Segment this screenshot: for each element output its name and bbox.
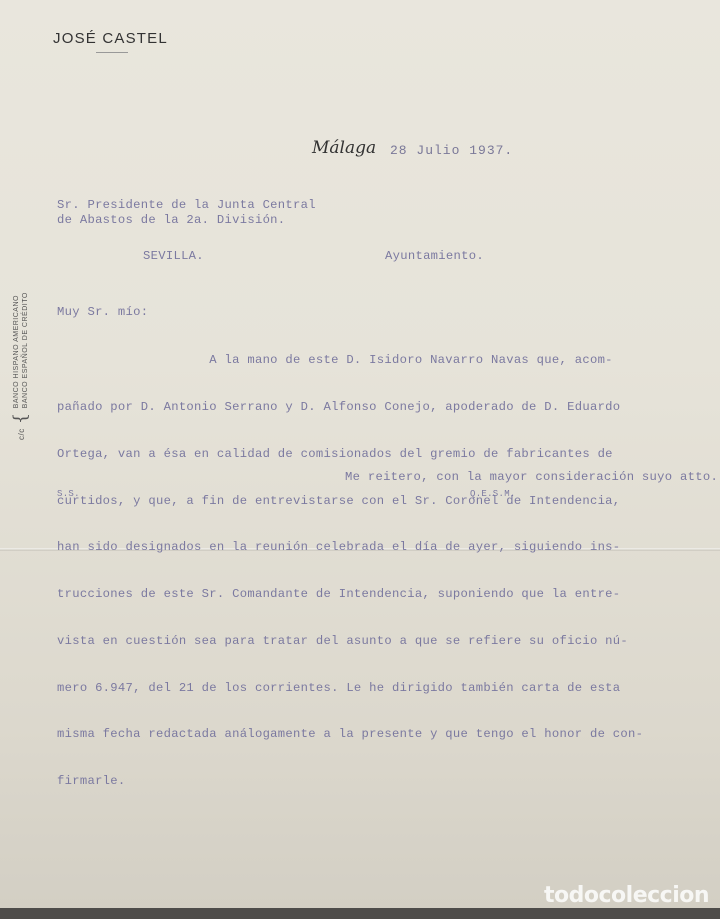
letterhead-rule	[96, 52, 128, 53]
bank-prefix: c/c	[17, 428, 26, 440]
body-line: Ortega, van a ésa en calidad de comision…	[57, 447, 643, 463]
dateline-place: Málaga	[312, 138, 376, 158]
recipient-address: Sr. Presidente de la Junta Centralde Aba…	[57, 198, 316, 228]
letterhead-name: JOSÉ CASTEL	[53, 30, 168, 47]
dateline-date: 28 Julio 1937.	[390, 143, 513, 158]
recipient-office: Ayuntamiento.	[385, 249, 484, 263]
letter-body: A la mano de este D. Isidoro Navarro Nav…	[57, 322, 643, 821]
body-line: han sido designados en la reunión celebr…	[57, 540, 643, 556]
bank-2: BANCO ESPAÑOL DE CRÉDITO	[21, 292, 30, 408]
body-line: firmarle.	[57, 774, 643, 790]
footer-left: S.S.	[57, 489, 80, 499]
bank-accounts: c/c { BANCO HISPANO AMERICANO BANCO ESPA…	[12, 240, 30, 440]
body-line: mero 6.947, del 21 de los corrientes. Le…	[57, 681, 643, 697]
body-line: vista en cuestión sea para tratar del as…	[57, 634, 643, 650]
recipient-line-2: de Abastos de la 2a. División.	[57, 213, 316, 228]
salutation: Muy Sr. mío:	[57, 305, 148, 319]
footer-right: Q.E.S.M.	[470, 489, 516, 499]
closing: Me reitero, con la mayor consideración s…	[345, 470, 718, 484]
recipient-line-1: Sr. Presidente de la Junta Central	[57, 198, 316, 213]
letter-paper: JOSÉ CASTEL c/c { BANCO HISPANO AMERICAN…	[0, 0, 720, 908]
watermark: todocoleccion	[544, 883, 709, 908]
body-line: A la mano de este D. Isidoro Navarro Nav…	[57, 353, 643, 369]
body-line: trucciones de este Sr. Comandante de Int…	[57, 587, 643, 603]
body-line: pañado por D. Antonio Serrano y D. Alfon…	[57, 400, 643, 416]
recipient-city: SEVILLA.	[143, 249, 204, 263]
bottom-bar	[0, 908, 720, 919]
body-line: misma fecha redactada análogamente a la …	[57, 727, 643, 743]
bank-1: BANCO HISPANO AMERICANO	[12, 292, 21, 408]
brace-icon: {	[12, 412, 30, 424]
body-line: curtidos, y que, a fin de entrevistarse …	[57, 494, 643, 510]
